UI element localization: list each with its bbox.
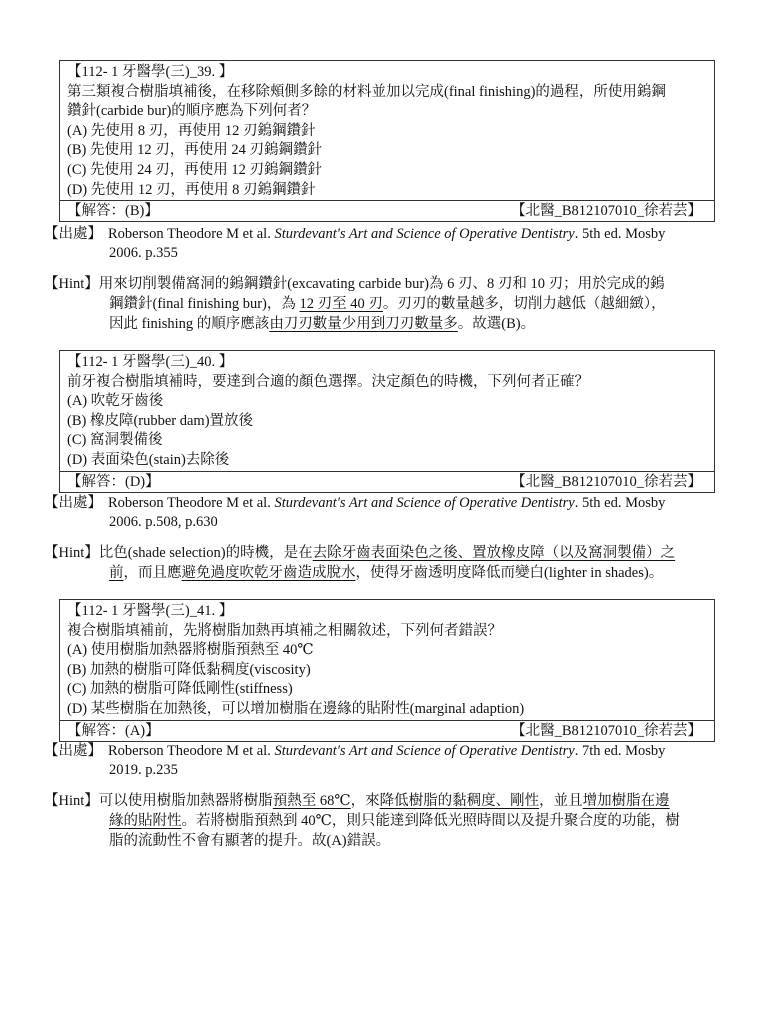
hint-text: 。刃刃的數量越多，切削力越低（越細緻），: [383, 296, 666, 312]
hint-text: ，而且應: [124, 565, 182, 581]
hint-text: 用來切削製備窩洞的鎢鋼鑽針(excavating carbide bur)為 6…: [99, 276, 665, 292]
option-a: (A) 使用樹脂加熱器將樹脂預熱至 40℃: [67, 641, 714, 661]
answer-label: 【解答：(A)】: [67, 721, 160, 741]
option-b: (B) 加熱的樹脂可降低黏稠度(viscosity): [67, 661, 714, 681]
source-citation-40: 【出處】Roberson Theodore M et al. Sturdevan…: [44, 494, 744, 532]
source-citation-39: 【出處】Roberson Theodore M et al. Sturdevan…: [44, 225, 744, 263]
hint-text: ，並且: [539, 793, 583, 809]
hint-underline: 預熱至 68℃: [273, 793, 351, 809]
question-header: 【112- 1 牙醫學(三)_39. 】: [67, 63, 714, 83]
source-authors: Roberson Theodore M et al.: [108, 743, 274, 759]
hint-underline: 降低樹脂的黏稠度、剛性: [380, 793, 540, 809]
hint-text: 因此 finishing 的順序應該: [109, 316, 269, 332]
option-d: (D) 某些樹脂在加熱後，可以增加樹脂在邊緣的貼附性(marginal adap…: [67, 700, 714, 720]
hint-tag: 【Hint】: [44, 545, 99, 561]
hint-39: 【Hint】用來切削製備窩洞的鎢鋼鑽針(excavating carbide b…: [44, 274, 734, 334]
answer-footer: 【解答：(A)】 【北醫_B812107010_徐若芸】: [60, 720, 714, 741]
hint-41: 【Hint】可以使用樹脂加熱器將樹脂預熱至 68℃，來降低樹脂的黏稠度、剛性，並…: [44, 791, 734, 851]
hint-text: 。若將樹脂預熱到 40℃，則只能達到降低光照時間以及提升聚合度的功能，樹: [182, 813, 680, 829]
hint-underline: 增加樹脂在邊: [583, 793, 670, 809]
hint-text: 。故選(B)。: [458, 316, 535, 332]
hint-tag: 【Hint】: [44, 276, 99, 292]
hint-text: 比色(shade selection)的時機，是在: [99, 545, 313, 561]
option-c: (C) 先使用 24 刃，再使用 12 刃鎢鋼鑽針: [67, 161, 714, 181]
answer-footer: 【解答：(D)】 【北醫_B812107010_徐若芸】: [60, 471, 714, 492]
question-box-39: 【112- 1 牙醫學(三)_39. 】 第三類複合樹脂填補後，在移除頰側多餘的…: [59, 60, 715, 222]
option-a: (A) 先使用 8 刃，再使用 12 刃鎢鋼鑽針: [67, 122, 714, 142]
option-c: (C) 窩洞製備後: [67, 431, 714, 451]
source-title: Sturdevant's Art and Science of Operativ…: [274, 226, 574, 242]
source-edition: . 5th ed. Mosby: [575, 495, 666, 511]
hint-tag: 【Hint】: [44, 793, 99, 809]
question-stem-line: 鑽針(carbide bur)的順序應為下列何者？: [67, 102, 714, 122]
hint-text: 可以使用樹脂加熱器將樹脂: [99, 793, 273, 809]
hint-text: ，來: [351, 793, 380, 809]
source-title: Sturdevant's Art and Science of Operativ…: [274, 743, 574, 759]
hint-underline: 12 刃至 40 刃: [300, 296, 383, 312]
author-label: 【北醫_B812107010_徐若芸】: [511, 472, 702, 492]
option-b: (B) 先使用 12 刃，再使用 24 刃鎢鋼鑽針: [67, 141, 714, 161]
hint-underline: 由刀刃數量少用到刀刃數量多: [269, 316, 458, 332]
author-label: 【北醫_B812107010_徐若芸】: [511, 201, 702, 221]
answer-label: 【解答：(D)】: [67, 472, 160, 492]
option-a: (A) 吹乾牙齒後: [67, 392, 714, 412]
source-authors: Roberson Theodore M et al.: [108, 495, 274, 511]
question-stem-line: 複合樹脂填補前，先將樹脂加熱再填補之相關敘述，下列何者錯誤？: [67, 622, 714, 642]
hint-underline: 緣的貼附性: [109, 813, 182, 829]
question-box-41: 【112- 1 牙醫學(三)_41. 】 複合樹脂填補前，先將樹脂加熱再填補之相…: [59, 599, 715, 742]
option-d: (D) 先使用 12 刃，再使用 8 刃鎢鋼鑽針: [67, 181, 714, 201]
source-authors: Roberson Theodore M et al.: [108, 226, 274, 242]
source-citation-41: 【出處】Roberson Theodore M et al. Sturdevan…: [44, 742, 744, 780]
option-d: (D) 表面染色(stain)去除後: [67, 451, 714, 471]
author-label: 【北醫_B812107010_徐若芸】: [511, 721, 702, 741]
source-year-page: 2006. p.355: [44, 244, 744, 263]
source-tag: 【出處】: [44, 225, 108, 244]
source-tag: 【出處】: [44, 742, 108, 761]
source-year-page: 2006. p.508, p.630: [44, 513, 744, 532]
answer-label: 【解答：(B)】: [67, 201, 159, 221]
hint-underline: 去除牙齒表面染色之後、置放橡皮障（以及窩洞製備）之: [313, 545, 676, 561]
hint-text: 脂的流動性不會有顯著的提升。故(A)錯誤。: [44, 831, 734, 851]
source-tag: 【出處】: [44, 494, 108, 513]
source-edition: . 7th ed. Mosby: [575, 743, 666, 759]
question-box-40: 【112- 1 牙醫學(三)_40. 】 前牙複合樹脂填補時，要達到合適的顏色選…: [59, 350, 715, 493]
answer-footer: 【解答：(B)】 【北醫_B812107010_徐若芸】: [60, 200, 714, 221]
hint-underline: 避免過度吹乾牙齒造成脫水: [182, 565, 356, 581]
source-title: Sturdevant's Art and Science of Operativ…: [274, 495, 574, 511]
hint-40: 【Hint】比色(shade selection)的時機，是在去除牙齒表面染色之…: [44, 543, 734, 583]
hint-text: ，使得牙齒透明度降低而變白(lighter in shades)。: [356, 565, 664, 581]
source-year-page: 2019. p.235: [44, 761, 744, 780]
question-header: 【112- 1 牙醫學(三)_40. 】: [67, 353, 714, 373]
hint-text: 鋼鑽針(final finishing bur)，為: [109, 296, 300, 312]
question-stem-line: 前牙複合樹脂填補時，要達到合適的顏色選擇。決定顏色的時機，下列何者正確？: [67, 373, 714, 393]
question-stem-line: 第三類複合樹脂填補後，在移除頰側多餘的材料並加以完成(final finishi…: [67, 83, 714, 103]
option-c: (C) 加熱的樹脂可降低剛性(stiffness): [67, 680, 714, 700]
option-b: (B) 橡皮障(rubber dam)置放後: [67, 412, 714, 432]
question-header: 【112- 1 牙醫學(三)_41. 】: [67, 602, 714, 622]
hint-underline: 前: [109, 565, 124, 581]
source-edition: . 5th ed. Mosby: [575, 226, 666, 242]
